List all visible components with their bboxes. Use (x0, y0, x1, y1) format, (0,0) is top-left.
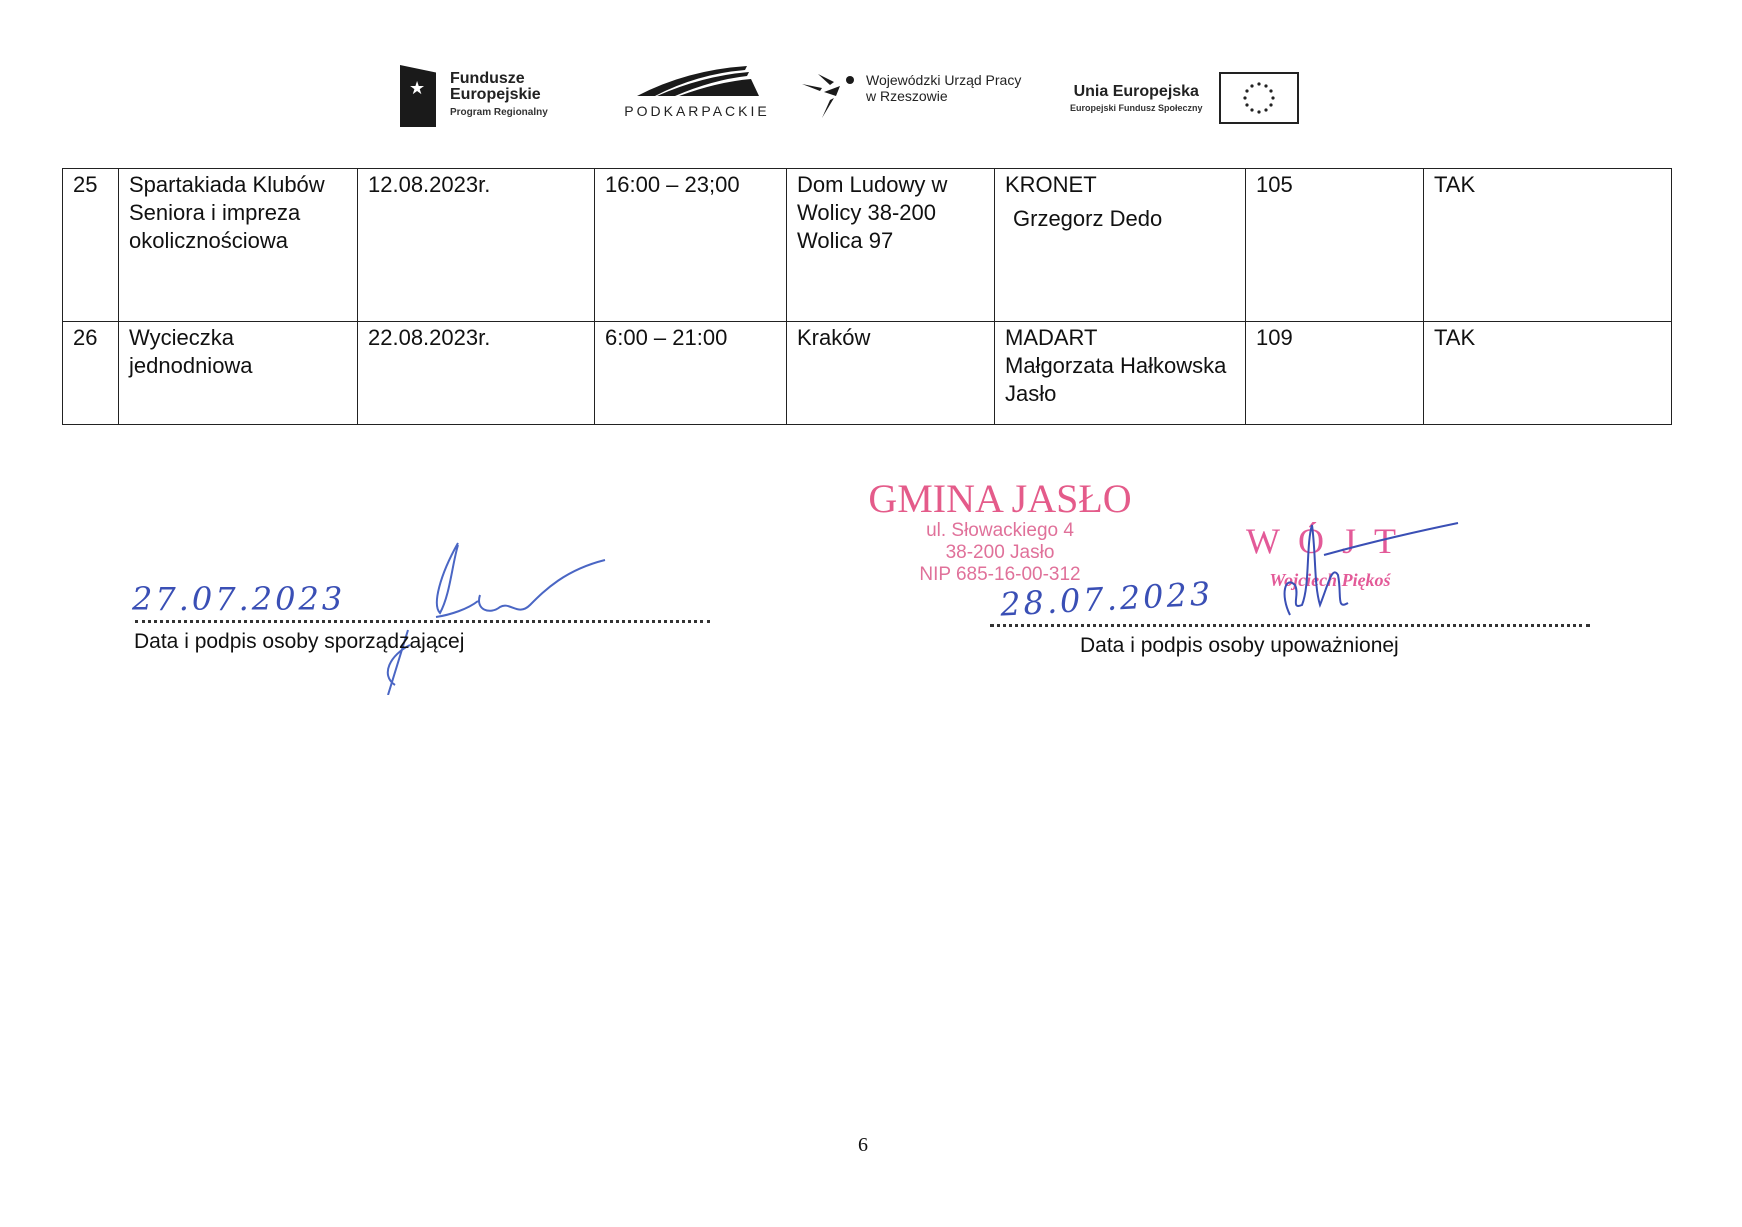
fe-line-2: Europejskie (450, 87, 548, 103)
fe-line-1: Fundusze (450, 71, 548, 87)
supplier-contact: Grzegorz Dedo (1005, 205, 1235, 233)
signature-right-icon (1240, 515, 1470, 635)
cell-date: 12.08.2023r. (358, 169, 595, 322)
eu-flag-icon (1219, 72, 1299, 124)
cell-confirmed: TAK (1424, 322, 1672, 425)
cell-event: Spartakiada Klubów Seniora i impreza oko… (119, 169, 358, 322)
table-row: 26 Wycieczka jednodniowa 22.08.2023r. 6:… (63, 322, 1672, 425)
signature-left-icon (340, 535, 620, 695)
wup-logo: Wojewódzki Urząd Pracy w Rzeszowie (800, 70, 1021, 120)
signature-label-left: Data i podpis osoby sporządzającej (134, 630, 464, 654)
fe-flag-icon: ★ (400, 65, 436, 127)
podkarpackie-arc-icon (627, 64, 767, 98)
ue-line-2: Europejski Fundusz Społeczny (1070, 103, 1203, 113)
gmina-stamp-city: 38-200 Jasło (860, 542, 1140, 564)
page-number: 6 (858, 1134, 868, 1157)
cell-no: 25 (63, 169, 119, 322)
fe-line-3: Program Regionalny (450, 105, 548, 121)
gmina-stamp-title: GMINA JASŁO (860, 478, 1140, 520)
cell-date: 22.08.2023r. (358, 322, 595, 425)
supplier-contact: Małgorzata Hałkowska Jasło (1005, 353, 1226, 406)
handwritten-date-left: 27.07.2023 (132, 580, 345, 618)
cell-supplier: KRONET Grzegorz Dedo (995, 169, 1246, 322)
gmina-stamp-address: ul. Słowackiego 4 (860, 520, 1140, 542)
cell-participants: 105 (1246, 169, 1424, 322)
supplier-name: MADART (1005, 325, 1098, 350)
cell-supplier: MADART Małgorzata Hałkowska Jasło (995, 322, 1246, 425)
signature-label-right: Data i podpis osoby upoważnionej (1080, 634, 1399, 658)
cell-confirmed: TAK (1424, 169, 1672, 322)
signature-line-right (990, 624, 1590, 627)
wup-line-2: w Rzeszowie (866, 88, 948, 104)
gmina-stamp: GMINA JASŁO ul. Słowackiego 4 38-200 Jas… (860, 478, 1140, 586)
fundusze-europejskie-logo: ★ Fundusze Europejskie Program Regionaln… (400, 65, 548, 127)
cell-event: Wycieczka jednodniowa (119, 322, 358, 425)
header-logos: ★ Fundusze Europejskie Program Regionaln… (0, 58, 1742, 133)
cell-participants: 109 (1246, 322, 1424, 425)
podkarpackie-text: PODKARPACKIE (612, 103, 782, 119)
cell-place: Kraków (787, 322, 995, 425)
wup-line-1: Wojewódzki Urząd Pracy (866, 72, 1021, 88)
supplier-name: KRONET (1005, 172, 1097, 197)
ue-line-1: Unia Europejska (1070, 83, 1203, 101)
table-row: 25 Spartakiada Klubów Seniora i impreza … (63, 169, 1672, 322)
podkarpackie-logo: PODKARPACKIE (612, 64, 782, 119)
signature-line-left (135, 620, 710, 623)
unia-europejska-logo: Unia Europejska Europejski Fundusz Społe… (1070, 72, 1299, 124)
cell-no: 26 (63, 322, 119, 425)
cell-time: 6:00 – 21:00 (595, 322, 787, 425)
wup-bird-icon (800, 70, 860, 120)
cell-place: Dom Ludowy w Wolicy 38-200 Wolica 97 (787, 169, 995, 322)
cell-time: 16:00 – 23;00 (595, 169, 787, 322)
events-table: 25 Spartakiada Klubów Seniora i impreza … (62, 168, 1672, 425)
